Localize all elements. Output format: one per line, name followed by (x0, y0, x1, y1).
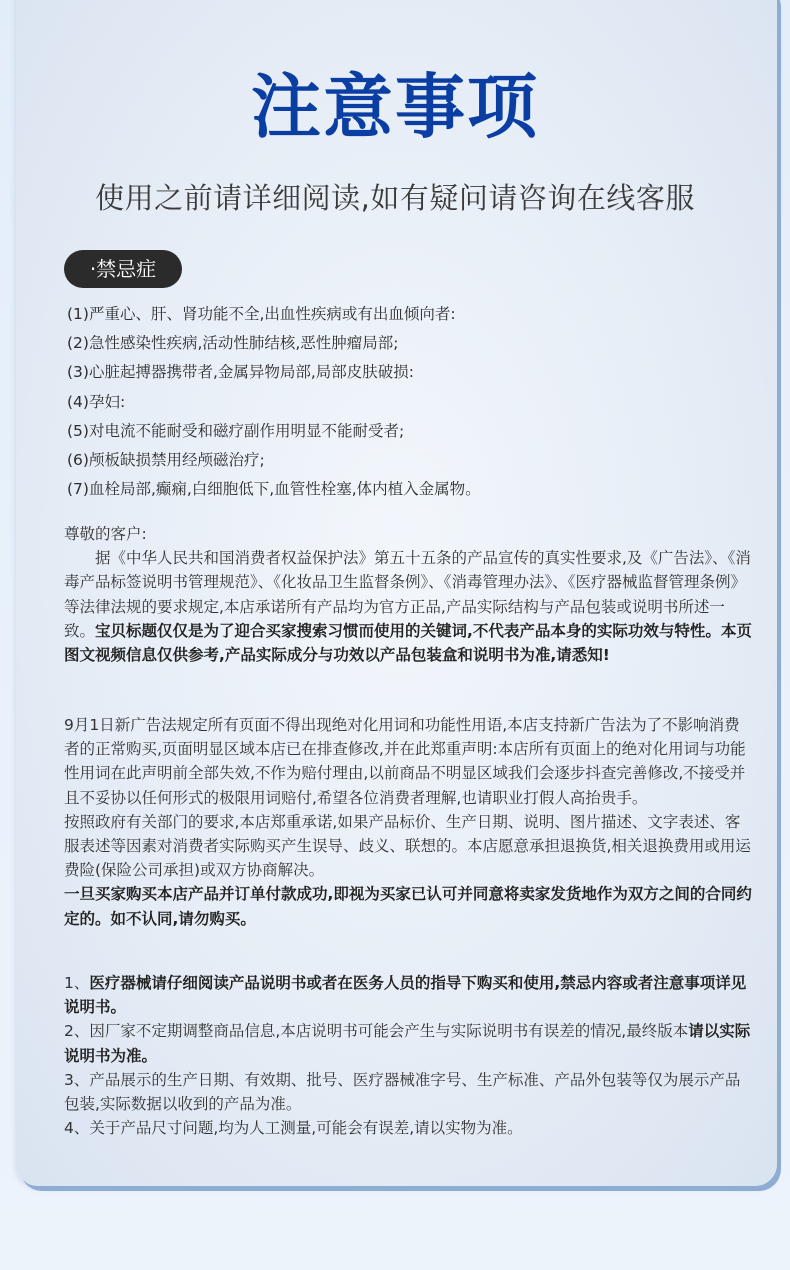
contraindications-list: (1)严重心、肝、肾功能不全,出血性疾病或有出血倾向者: (2)急性感染性疾病,… (67, 300, 757, 504)
terms-item-1-prefix: 1、 (64, 974, 89, 992)
notice-greeting: 尊敬的客户: (64, 522, 754, 546)
list-item: (5)对电流不能耐受和磁疗副作用明显不能耐受者; (67, 417, 757, 446)
list-item: (1)严重心、肝、肾功能不全,出血性疾病或有出血倾向者: (67, 300, 757, 329)
ad-law-para-1: 9月1日新广告法规定所有页面不得出现绝对化用词和功能性用语,本店支持新广告法为了… (64, 713, 754, 810)
page-subtitle: 使用之前请详细阅读,如有疑问请咨询在线客服 (0, 178, 790, 218)
list-item: (4)孕妇: (67, 388, 757, 417)
terms-item-1: 1、医疗器械请仔细阅读产品说明书或者在医务人员的指导下购买和使用,禁忌内容或者注… (64, 971, 754, 1019)
terms-list: 1、医疗器械请仔细阅读产品说明书或者在医务人员的指导下购买和使用,禁忌内容或者注… (64, 971, 754, 1140)
terms-item-4: 4、关于产品尺寸问题,均为人工测量,可能会有误差,请以实物为准。 (64, 1116, 754, 1140)
terms-item-3: 3、产品展示的生产日期、有效期、批号、医疗器械准字号、生产标准、产品外包装等仅为… (64, 1068, 754, 1116)
customer-notice: 尊敬的客户: 据《中华人民共和国消费者权益保护法》第五十五条的产品宣传的真实性要… (64, 522, 754, 667)
terms-item-2: 2、因厂家不定期调整商品信息,本店说明书可能会产生与实际说明书有误差的情况,最终… (64, 1019, 754, 1067)
terms-item-2-text: 2、因厂家不定期调整商品信息,本店说明书可能会产生与实际说明书有误差的情况,最终… (64, 1022, 688, 1040)
terms-item-1-text: 医疗器械请仔细阅读产品说明书或者在医务人员的指导下购买和使用,禁忌内容或者注意事… (64, 974, 746, 1016)
list-item: (2)急性感染性疾病,活动性肺结核,恶性肿瘤局部; (67, 329, 757, 358)
ad-law-para-2: 按照政府有关部门的要求,本店郑重承诺,如果产品标价、生产日期、说明、图片描述、文… (64, 810, 754, 883)
ad-law-para-3: 一旦买家购买本店产品并订单付款成功,即视为买家已认可并同意将卖家发货地作为双方之… (64, 885, 752, 927)
notice-body-bold: 宝贝标题仅仅是为了迎合买家搜索习惯而使用的关键词,不代表产品本身的实际功效与特性… (64, 622, 752, 664)
contraindications-badge: ·禁忌症 (64, 250, 182, 288)
list-item: (6)颅板缺损禁用经颅磁治疗; (67, 446, 757, 475)
list-item: (3)心脏起搏器携带者,金属异物局部,局部皮肤破损: (67, 358, 757, 387)
list-item: (7)血栓局部,癫痫,白细胞低下,血管性栓塞,体内植入金属物。 (67, 475, 757, 504)
notice-body: 据《中华人民共和国消费者权益保护法》第五十五条的产品宣传的真实性要求,及《广告法… (64, 546, 754, 667)
page-title: 注意事项 (0, 62, 790, 152)
ad-law-statement: 9月1日新广告法规定所有页面不得出现绝对化用词和功能性用语,本店支持新广告法为了… (64, 713, 754, 931)
